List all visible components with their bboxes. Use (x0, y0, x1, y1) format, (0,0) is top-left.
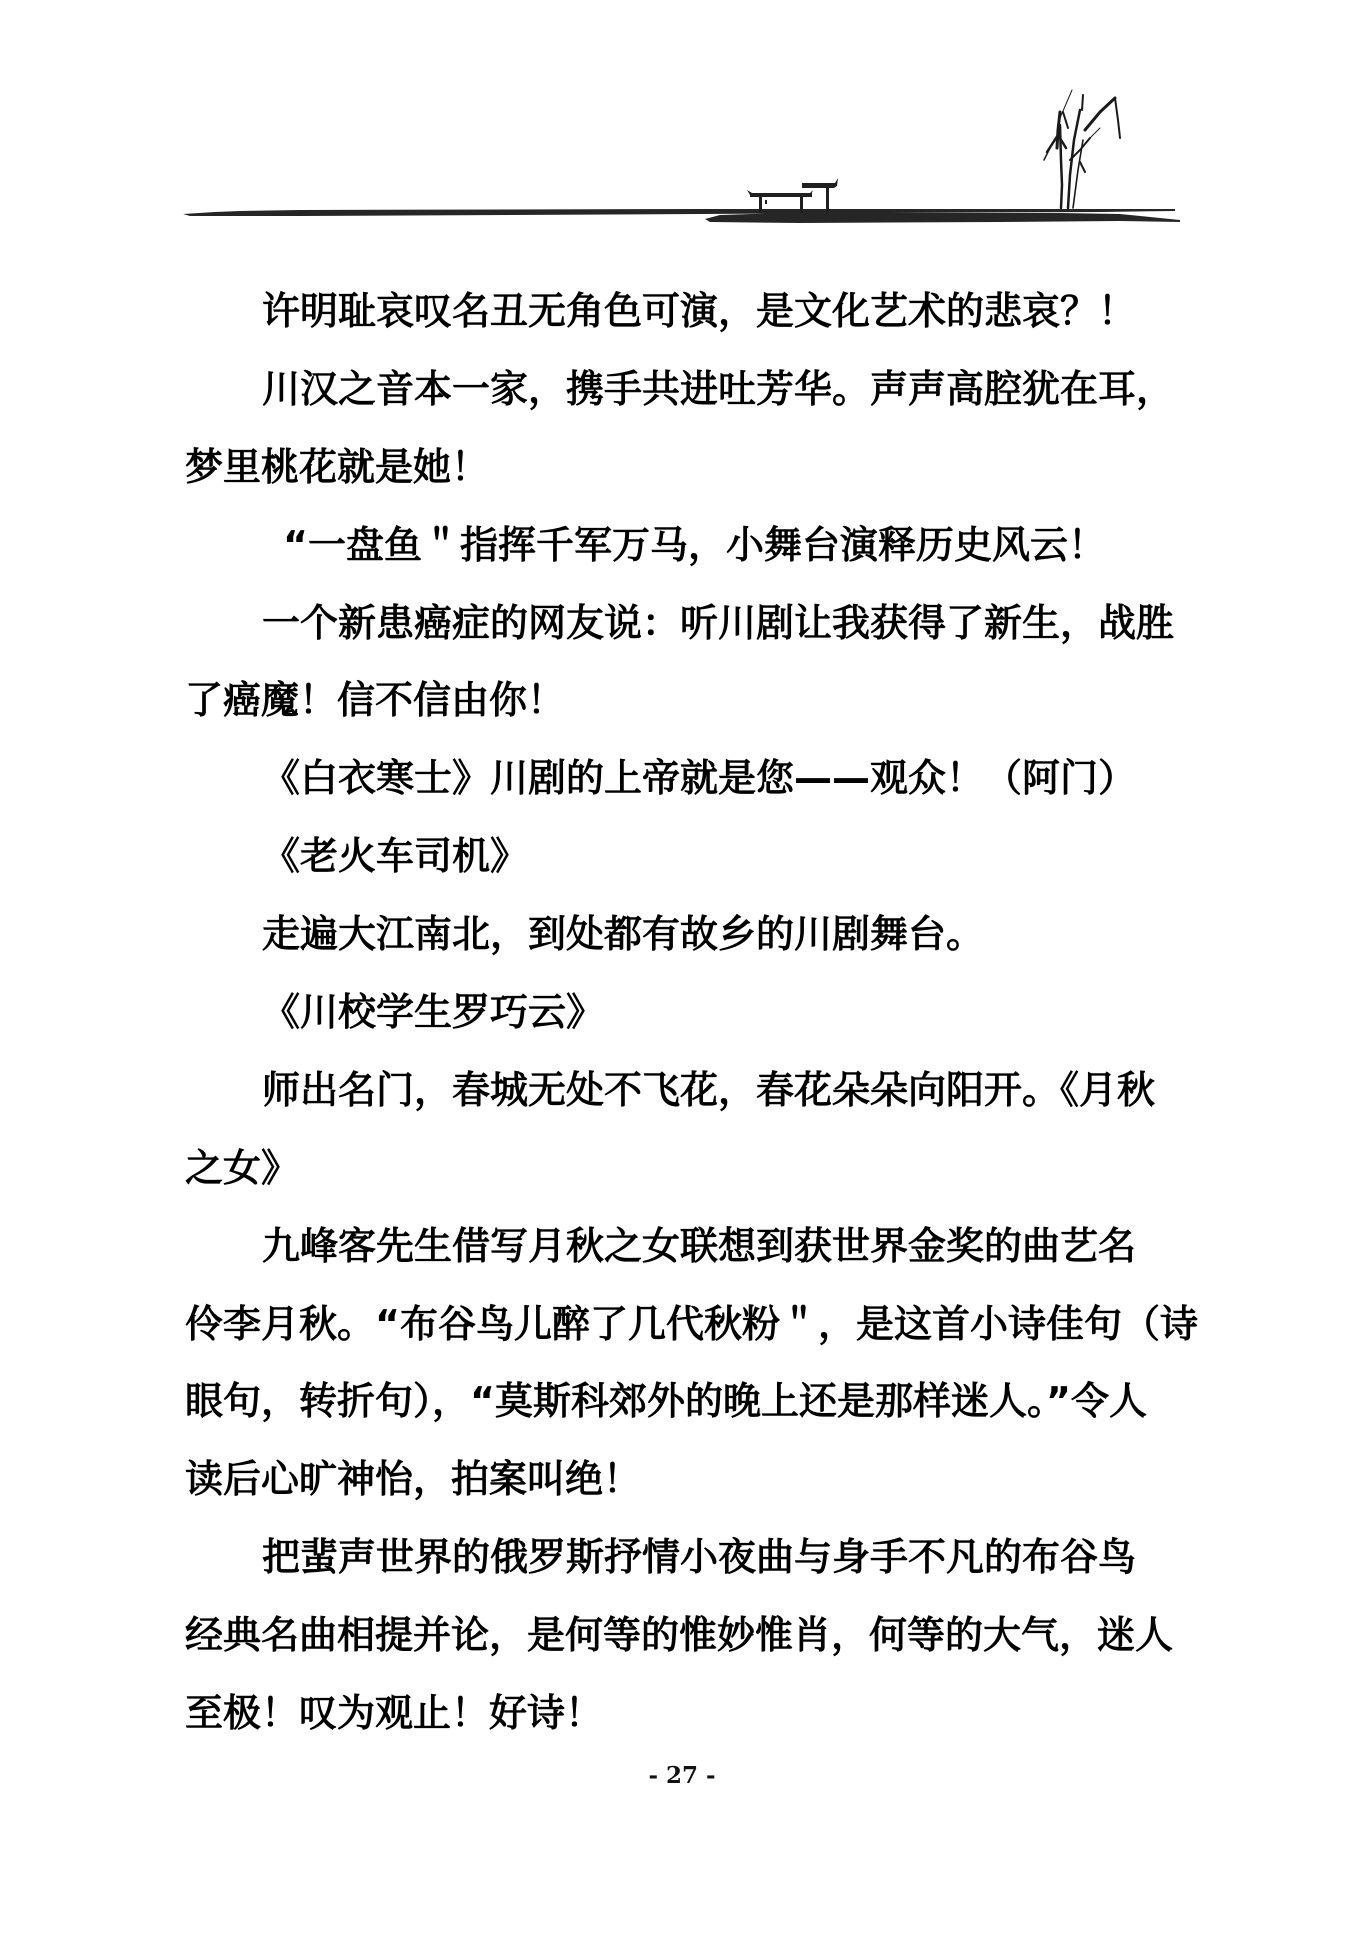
pavilion-icon (747, 178, 838, 213)
text-line: 一个新患癌症的网友说：听川剧让我获得了新生，战胜 (185, 598, 1190, 676)
body-text: 许明耻哀叹名丑无角色可演，是文化艺术的悲哀？！ 川汉之音本一家，携手共进吐芳华。… (185, 286, 1190, 1766)
ground-line-icon (183, 209, 1180, 223)
text-line: 许明耻哀叹名丑无角色可演，是文化艺术的悲哀？！ (185, 286, 1190, 364)
text-line: 梦里桃花就是她！ (185, 442, 1190, 520)
text-line: 伶李月秋。“布谷鸟儿醉了几代秋粉＂，是这首小诗佳句（诗 (185, 1299, 1190, 1377)
text-line: 九峰客先生借写月秋之女联想到获世界金奖的曲艺名 (185, 1221, 1190, 1299)
text-line: 了癌魔！信不信由你！ (185, 675, 1190, 753)
text-line: 师出名门，春城无处不飞花，春花朵朵向阳开。《月秋 (185, 1065, 1190, 1143)
text-line: 至极！叹为观止！好诗！ (185, 1688, 1190, 1766)
text-line: 走遍大江南北，到处都有故乡的川剧舞台。 (185, 909, 1190, 987)
text-line: 经典名曲相提并论，是何等的惟妙惟肖，何等的大气，迷人 (185, 1610, 1190, 1688)
text-line: 《老火车司机》 (185, 831, 1190, 909)
text-line: 川汉之音本一家，携手共进吐芳华。声声高腔犹在耳， (185, 364, 1190, 442)
text-line: “一盘鱼＂指挥千军万马，小舞台演释历史风云！ (185, 520, 1190, 598)
text-line: 眼句，转折句），“莫斯科郊外的晚上还是那样迷人。”令人 (185, 1376, 1190, 1454)
text-line: 《白衣寒士》川剧的上帝就是您——观众！（阿门） (185, 753, 1190, 831)
text-line: 把蜚声世界的俄罗斯抒情小夜曲与身手不凡的布谷鸟 (185, 1532, 1190, 1610)
page-number: - 27 - (0, 1762, 1364, 1789)
text-line: 《川校学生罗巧云》 (185, 987, 1190, 1065)
text-line: 之女》 (185, 1143, 1190, 1221)
header-divider-landscape (0, 0, 1364, 240)
text-line: 读后心旷神怡，拍案叫绝！ (185, 1454, 1190, 1532)
bamboo-icon (1044, 90, 1120, 208)
